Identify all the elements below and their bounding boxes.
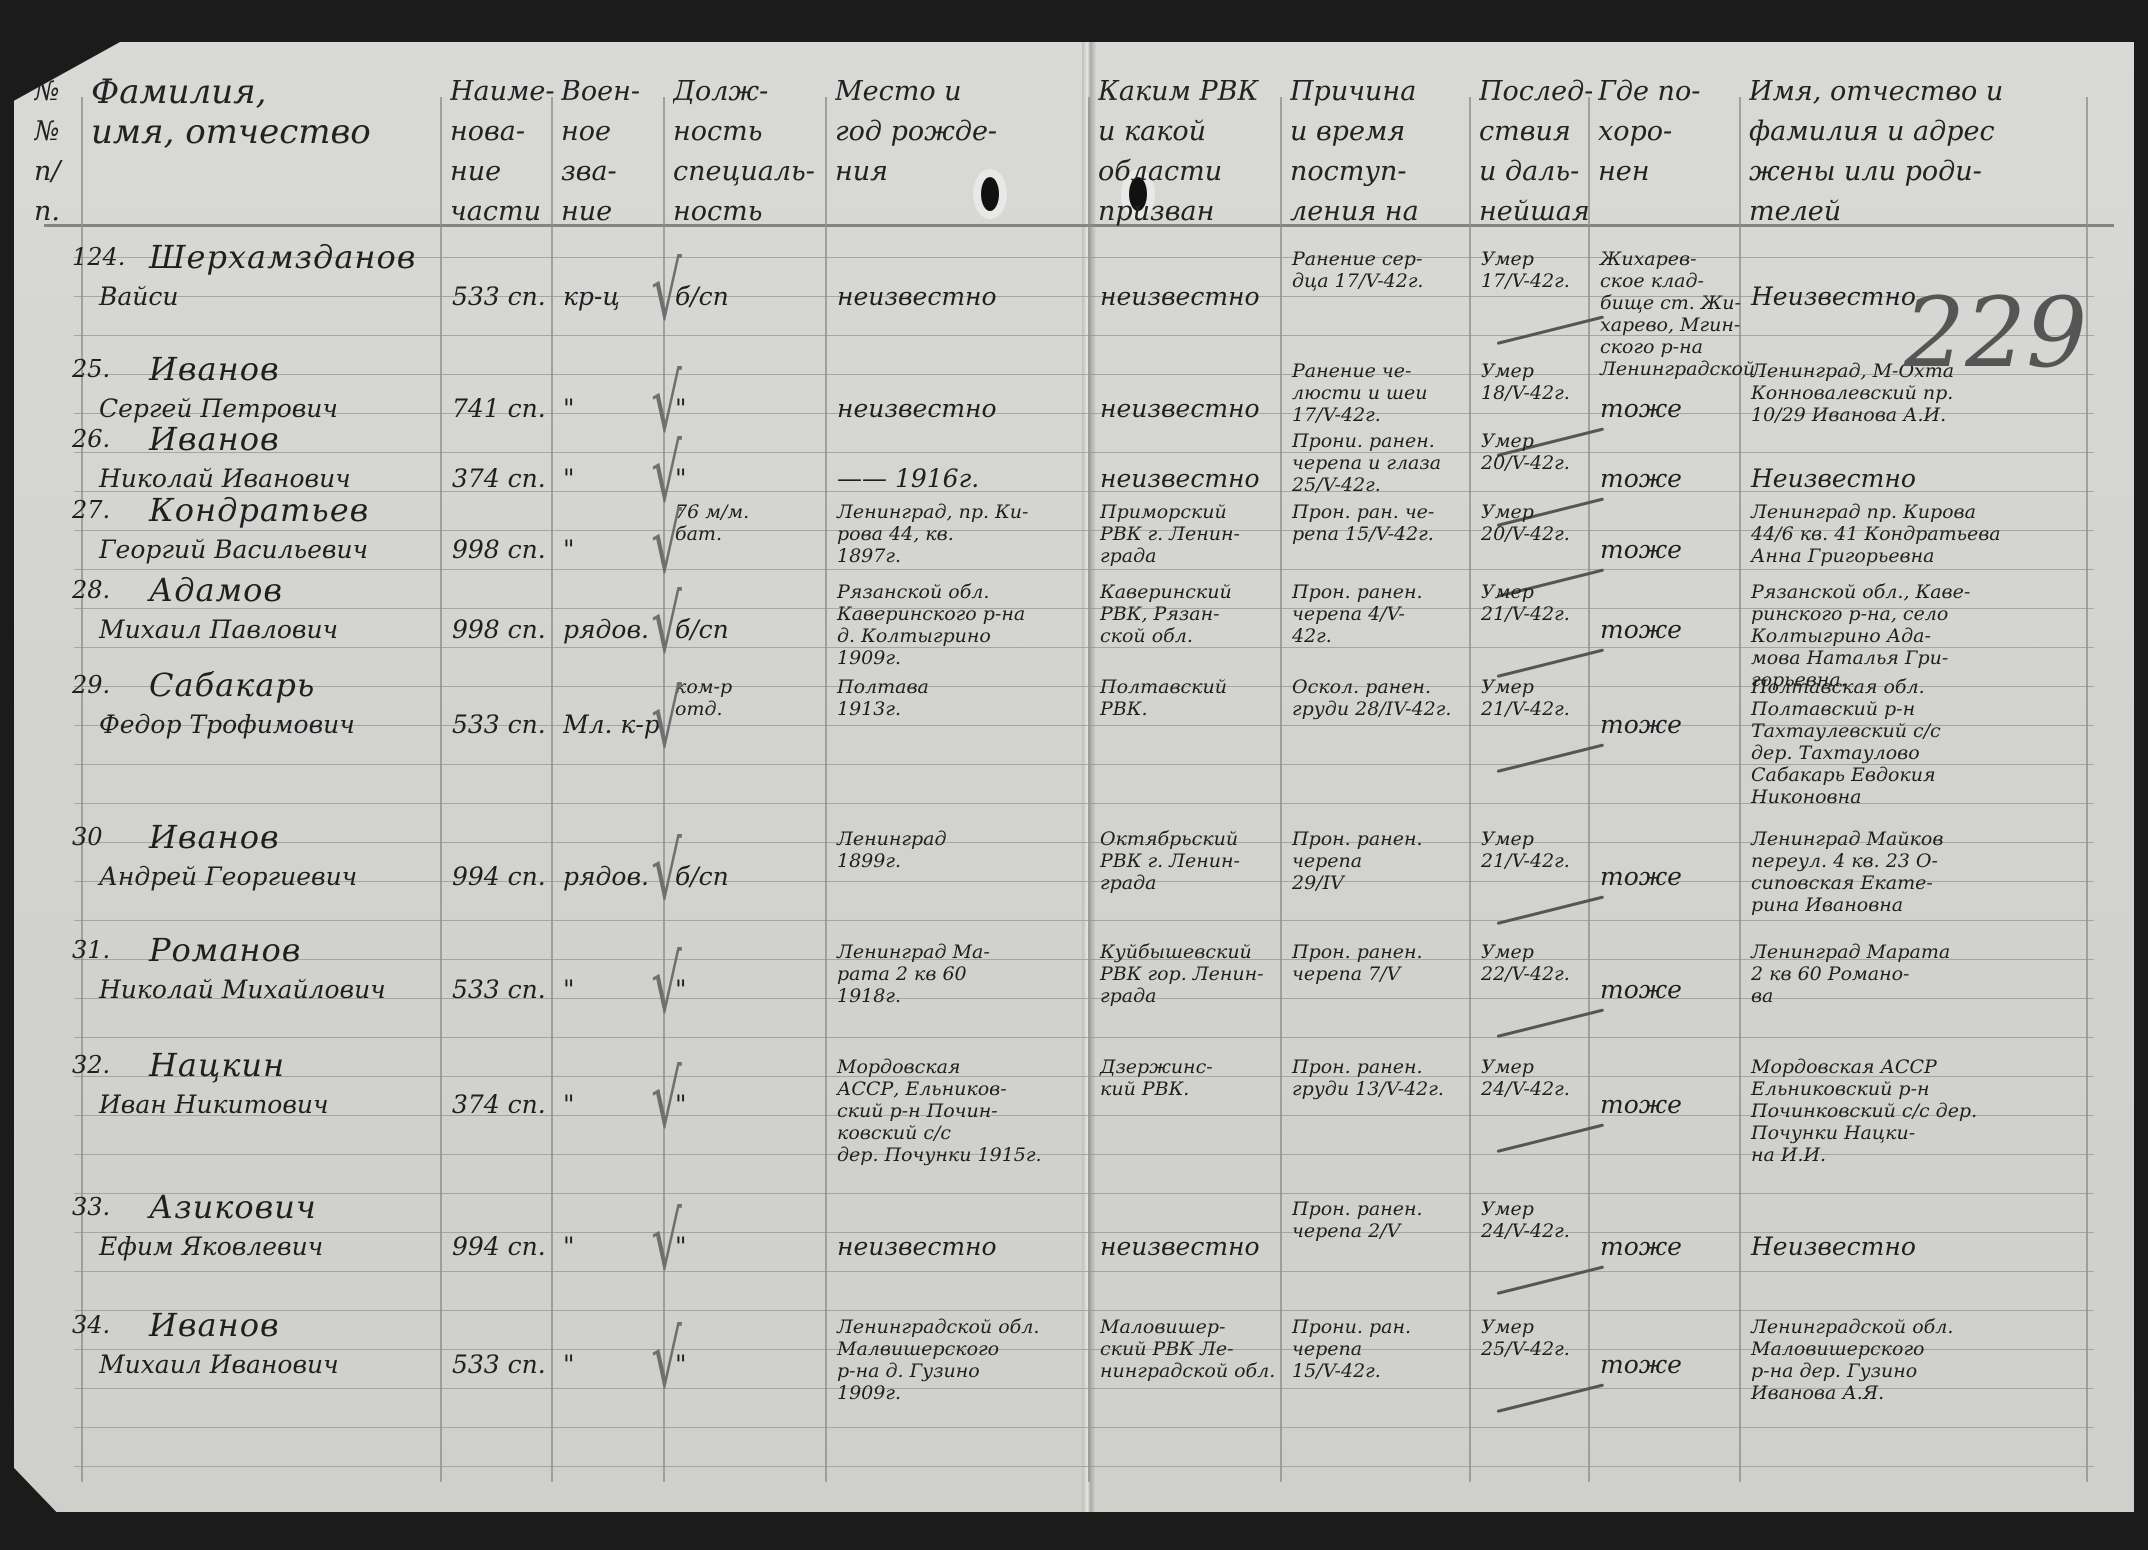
surname: Иванов: [149, 1310, 479, 1340]
column-header-number: №№ п/п.: [34, 72, 85, 232]
row-number: 33.: [72, 1192, 110, 1222]
cell-position: б/сп: [675, 282, 829, 312]
ruled-line: [74, 1271, 2094, 1272]
cell-unit: 994 сп.: [452, 1232, 555, 1262]
check-mark-icon: √: [651, 505, 682, 585]
cell-rvk: Дзержинс- кий РВК.: [1100, 1056, 1284, 1100]
cell-birth: Мордовская АССР, Ельников- ский р-н Почи…: [837, 1056, 1092, 1166]
row-number: 28.: [72, 575, 110, 605]
cell-outcome: Умер 25/V-42г.: [1481, 1316, 1592, 1360]
cell-outcome: Умер 24/V-42г.: [1481, 1056, 1592, 1100]
surname: Нацкин: [149, 1050, 479, 1080]
cell-birth: Ленинград 1899г.: [837, 828, 1092, 872]
cell-rvk: неизвестно: [1100, 282, 1284, 312]
cell-birth: Ленинградской обл. Малвишерского р-на д.…: [837, 1316, 1092, 1404]
cell-burial: тоже: [1600, 394, 1743, 424]
check-mark-icon: √: [651, 832, 682, 912]
cell-position: ": [675, 1090, 829, 1120]
cell-burial: тоже: [1600, 1350, 1743, 1380]
cell-burial: тоже: [1600, 710, 1743, 740]
check-mark-icon: √: [651, 252, 682, 332]
cell-unit: 533 сп.: [452, 710, 555, 740]
surname: Сабакарь: [149, 670, 479, 700]
given-names: Иван Никитович: [99, 1090, 459, 1120]
column-header-outcome: Послед- ствия и даль- нейшая судьба: [1479, 72, 1592, 232]
row-number: 30: [72, 822, 103, 852]
cell-burial: тоже: [1600, 862, 1743, 892]
cell-outcome: Умер 20/V-42г.: [1481, 430, 1592, 474]
cell-burial: тоже: [1600, 1090, 1743, 1120]
cell-outcome: Умер 21/V-42г.: [1481, 581, 1592, 625]
column-header-cause: Причина и время поступ- ления на излечен…: [1290, 72, 1473, 232]
check-mark-icon: √: [651, 680, 682, 760]
cell-cause: Прони. ранен. черепа и глаза 25/V-42г.: [1292, 430, 1473, 496]
cell-birth: —— 1916г.: [837, 464, 1092, 494]
cell-position: б/сп: [675, 862, 829, 892]
cell-position: ком-р отд.: [675, 676, 829, 720]
surname: Иванов: [149, 424, 479, 454]
check-mark-icon: √: [651, 1320, 682, 1400]
cell-cause: Прон. ранен. черепа 2/V: [1292, 1198, 1473, 1242]
ruled-line: [74, 335, 2094, 336]
cell-unit: 533 сп.: [452, 975, 555, 1005]
cell-birth: Ленинград, пр. Ки- рова 44, кв. 1897г.: [837, 501, 1092, 567]
ruled-line: [74, 920, 2094, 921]
cell-birth: неизвестно: [837, 282, 1092, 312]
row-number: 26.: [72, 424, 110, 454]
cell-birth: Рязанской обл. Каверинского р-на д. Колт…: [837, 581, 1092, 669]
cell-position: 76 м/м. бат.: [675, 501, 829, 545]
cell-rvk: Каверинский РВК, Рязан- ской обл.: [1100, 581, 1284, 647]
cell-cause: Прон. ранен. груди 13/V-42г.: [1292, 1056, 1473, 1100]
row-number: 34.: [72, 1310, 110, 1340]
column-header-unit: Наиме- нова- ние части: [450, 72, 555, 232]
ruled-line: [74, 569, 2094, 570]
check-mark-icon: √: [651, 585, 682, 665]
row-number: 31.: [72, 935, 110, 965]
cell-birth: неизвестно: [837, 1232, 1092, 1262]
cell-unit: 533 сп.: [452, 282, 555, 312]
cell-cause: Ранение сер- дца 17/V-42г.: [1292, 248, 1473, 292]
row-number: 29.: [72, 670, 110, 700]
cell-cause: Ранение че- люсти и шеи 17/V-42г.: [1292, 360, 1473, 426]
cell-burial: Жихарев- ское клад- бище ст. Жи- харево,…: [1600, 248, 1743, 380]
column-header-burial: Где по- хоро- нен: [1598, 72, 1743, 232]
column-header-rvk: Каким РВК и какой области призван: [1098, 72, 1284, 232]
cell-outcome: Умер 24/V-42г.: [1481, 1198, 1592, 1242]
surname: Шерхамзданов: [149, 242, 479, 272]
row-number: 25.: [72, 354, 110, 384]
row-number: 124.: [72, 242, 125, 272]
cell-relatives: Неизвестно: [1751, 1232, 2090, 1262]
cell-relatives: Полтавская обл. Полтавский р-н Тахтаулев…: [1751, 676, 2090, 808]
cell-burial: тоже: [1600, 975, 1743, 1005]
cell-unit: 533 сп.: [452, 1350, 555, 1380]
ruled-line: [74, 1037, 2094, 1038]
given-names: Николай Михайлович: [99, 975, 459, 1005]
row-number: 32.: [72, 1050, 110, 1080]
cell-burial: тоже: [1600, 535, 1743, 565]
cell-unit: 998 сп.: [452, 615, 555, 645]
ledger-sheet: №№ п/п.Фамилия, имя, отчествоНаиме- нова…: [14, 42, 2134, 1512]
check-mark-icon: √: [651, 945, 682, 1025]
cell-relatives: Ленинград пр. Кирова 44/6 кв. 41 Кондрат…: [1751, 501, 2090, 567]
check-mark-icon: √: [651, 1060, 682, 1140]
cell-relatives: Рязанской обл., Каве- ринского р-на, сел…: [1751, 581, 2090, 691]
cell-cause: Прон. ранен. черепа 29/IV: [1292, 828, 1473, 894]
surname: Адамов: [149, 575, 479, 605]
ruled-line: [74, 1427, 2094, 1428]
column-header-relatives: Имя, отчество и фамилия и адрес жены или…: [1749, 72, 2090, 232]
given-names: Михаил Павлович: [99, 615, 459, 645]
cell-position: б/сп: [675, 615, 829, 645]
cell-position: ": [675, 975, 829, 1005]
cell-position: ": [675, 1350, 829, 1380]
cell-burial: тоже: [1600, 1232, 1743, 1262]
cell-cause: Прон. ранен. черепа 4/V- 42г.: [1292, 581, 1473, 647]
cell-relatives: Неизвестно: [1751, 464, 2090, 494]
column-divider: [1588, 97, 1590, 1482]
cell-outcome: Умер 17/V-42г.: [1481, 248, 1592, 292]
cell-relatives: Мордовская АССР Ельниковский р-н Починко…: [1751, 1056, 2090, 1166]
cell-burial: тоже: [1600, 464, 1743, 494]
cell-rvk: Приморский РВК г. Ленин- града: [1100, 501, 1284, 567]
column-header-name: Фамилия, имя, отчество: [91, 72, 444, 232]
cell-outcome: Умер 21/V-42г.: [1481, 676, 1592, 720]
column-divider: [1469, 97, 1471, 1482]
cell-position: ": [675, 394, 829, 424]
ruled-line: [74, 1466, 2094, 1467]
cell-unit: 741 сп.: [452, 394, 555, 424]
cell-rvk: неизвестно: [1100, 464, 1284, 494]
cell-birth: Полтава 1913г.: [837, 676, 1092, 720]
surname: Кондратьев: [149, 495, 479, 525]
surname: Азикович: [149, 1192, 479, 1222]
cell-rvk: Куйбышевский РВК гор. Ленин- града: [1100, 941, 1284, 1007]
column-divider: [81, 97, 83, 1482]
column-header-birth: Место и год рожде- ния: [835, 72, 1092, 232]
given-names: Федор Трофимович: [99, 710, 459, 740]
cell-unit: 994 сп.: [452, 862, 555, 892]
given-names: Андрей Георгиевич: [99, 862, 459, 892]
column-header-position: Долж- ность специаль- ность: [673, 72, 829, 232]
column-header-rank: Воен- ное зва- ние: [561, 72, 667, 232]
given-names: Михаил Иванович: [99, 1350, 459, 1380]
cell-unit: 374 сп.: [452, 1090, 555, 1120]
surname: Романов: [149, 935, 479, 965]
cell-relatives: Ленинград Майков переул. 4 кв. 23 О- сип…: [1751, 828, 2090, 916]
cell-position: ": [675, 464, 829, 494]
cell-birth: Ленинград Ма- рата 2 кв 60 1918г.: [837, 941, 1092, 1007]
cell-unit: 998 сп.: [452, 535, 555, 565]
cell-rvk: Октябрьский РВК г. Ленин- града: [1100, 828, 1284, 894]
cell-unit: 374 сп.: [452, 464, 555, 494]
cell-position: ": [675, 1232, 829, 1262]
cell-outcome: Умер 21/V-42г.: [1481, 828, 1592, 872]
surname: Иванов: [149, 354, 479, 384]
row-number: 27.: [72, 495, 110, 525]
cell-burial: тоже: [1600, 615, 1743, 645]
given-names: Николай Иванович: [99, 464, 459, 494]
cell-cause: Прон. ран. че- репа 15/V-42г.: [1292, 501, 1473, 545]
cell-cause: Прони. ран. черепа 15/V-42г.: [1292, 1316, 1473, 1382]
cell-rvk: неизвестно: [1100, 1232, 1284, 1262]
cell-outcome: Умер 18/V-42г.: [1481, 360, 1592, 404]
check-mark-icon: √: [651, 1202, 682, 1282]
cell-outcome: Умер 20/V-42г.: [1481, 501, 1592, 545]
page-number: 229: [1904, 277, 2087, 389]
given-names: Ефим Яковлевич: [99, 1232, 459, 1262]
cell-cause: Оскол. ранен. груди 28/IV-42г.: [1292, 676, 1473, 720]
given-names: Георгий Васильевич: [99, 535, 459, 565]
surname: Иванов: [149, 822, 479, 852]
given-names: Вайси: [99, 282, 459, 312]
cell-rvk: Полтавский РВК.: [1100, 676, 1284, 720]
cell-outcome: Умер 22/V-42г.: [1481, 941, 1592, 985]
cell-relatives: Ленинград Марата 2 кв 60 Романо- ва: [1751, 941, 2090, 1007]
cell-rvk: Маловишер- ский РВК Ле- нинградской обл.: [1100, 1316, 1284, 1382]
cell-rvk: неизвестно: [1100, 394, 1284, 424]
cell-cause: Прон. ранен. черепа 7/V: [1292, 941, 1473, 985]
cell-birth: неизвестно: [837, 394, 1092, 424]
cell-relatives: Ленинградской обл. Маловишерского р-на д…: [1751, 1316, 2090, 1404]
